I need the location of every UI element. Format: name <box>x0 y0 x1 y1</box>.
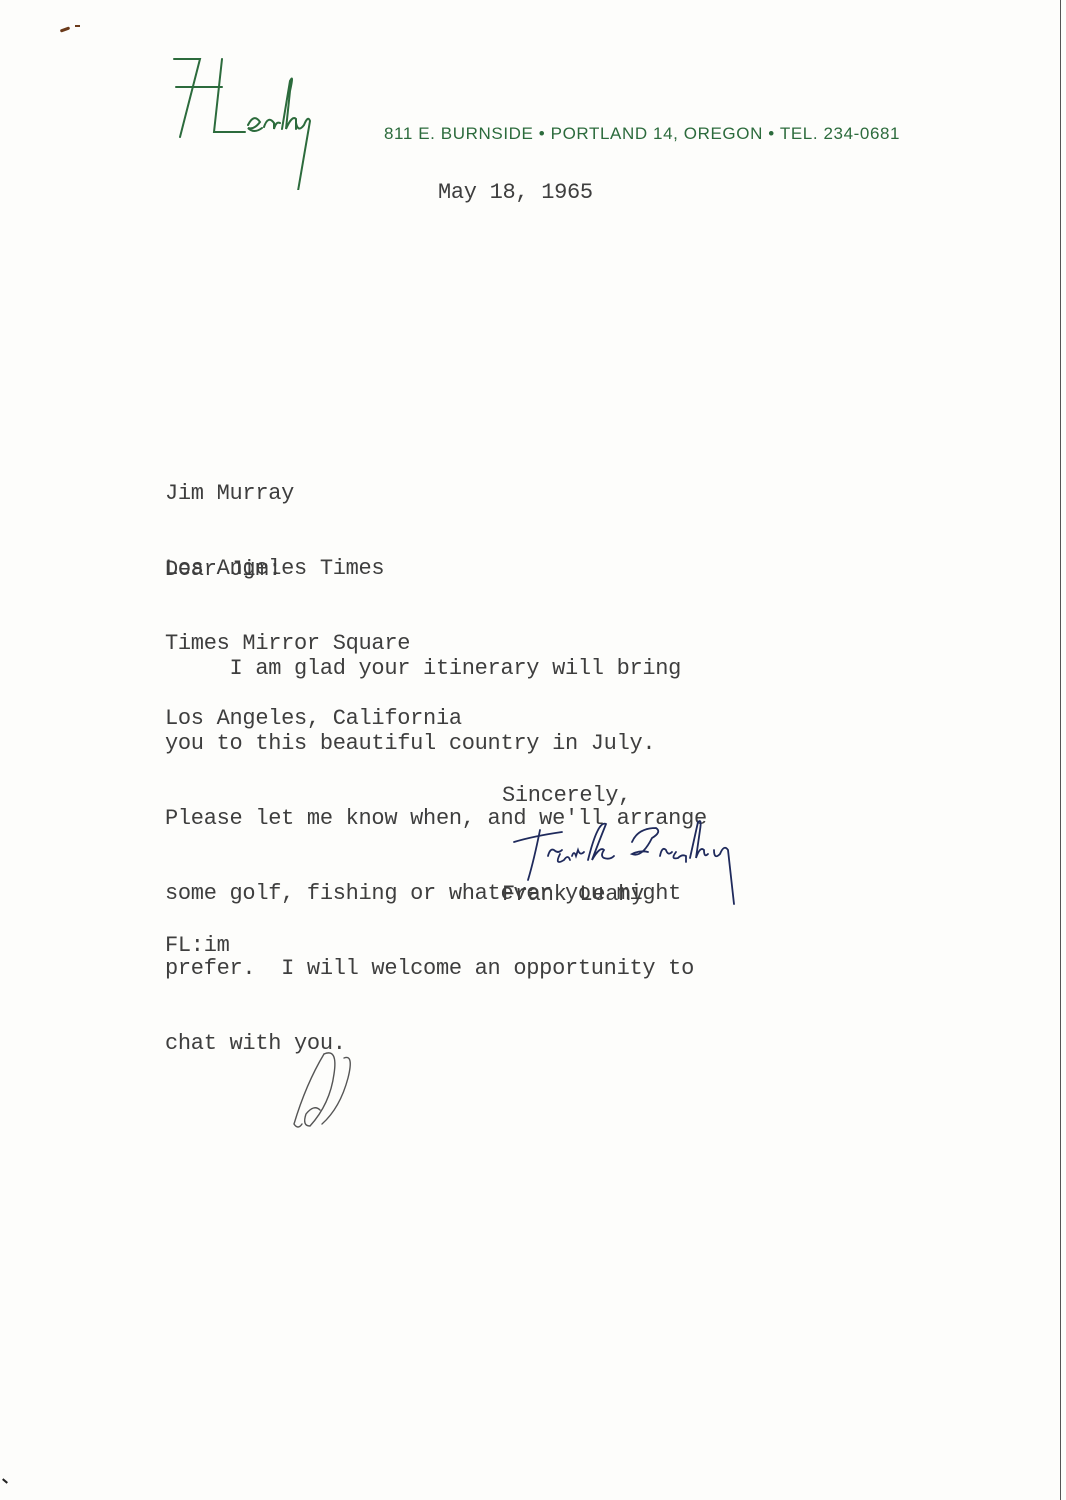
body-line: chat with you. <box>165 1031 707 1056</box>
paper-speck <box>60 26 70 32</box>
reference-initials: FL:im <box>165 933 230 958</box>
recipient-name: Jim Murray <box>165 481 462 506</box>
leahy-monogram-logo <box>170 55 370 190</box>
paper-speck <box>75 25 80 27</box>
letter-date: May 18, 1965 <box>438 180 593 205</box>
page-edge <box>1060 0 1061 1500</box>
body-line: prefer. I will welcome an opportunity to <box>165 956 707 981</box>
pencil-mark-annotation <box>286 1048 366 1133</box>
letterhead-address: 811 E. BURNSIDE • PORTLAND 14, OREGON • … <box>384 124 900 144</box>
salutation: Dear Jim: <box>165 557 281 582</box>
paper-speck <box>2 1478 8 1483</box>
typed-signer-name: Frank Leahy <box>502 882 644 907</box>
closing: Sincerely, <box>502 783 631 808</box>
body-line: you to this beautiful country in July. <box>165 731 707 756</box>
body-line: I am glad your itinerary will bring <box>165 656 707 681</box>
